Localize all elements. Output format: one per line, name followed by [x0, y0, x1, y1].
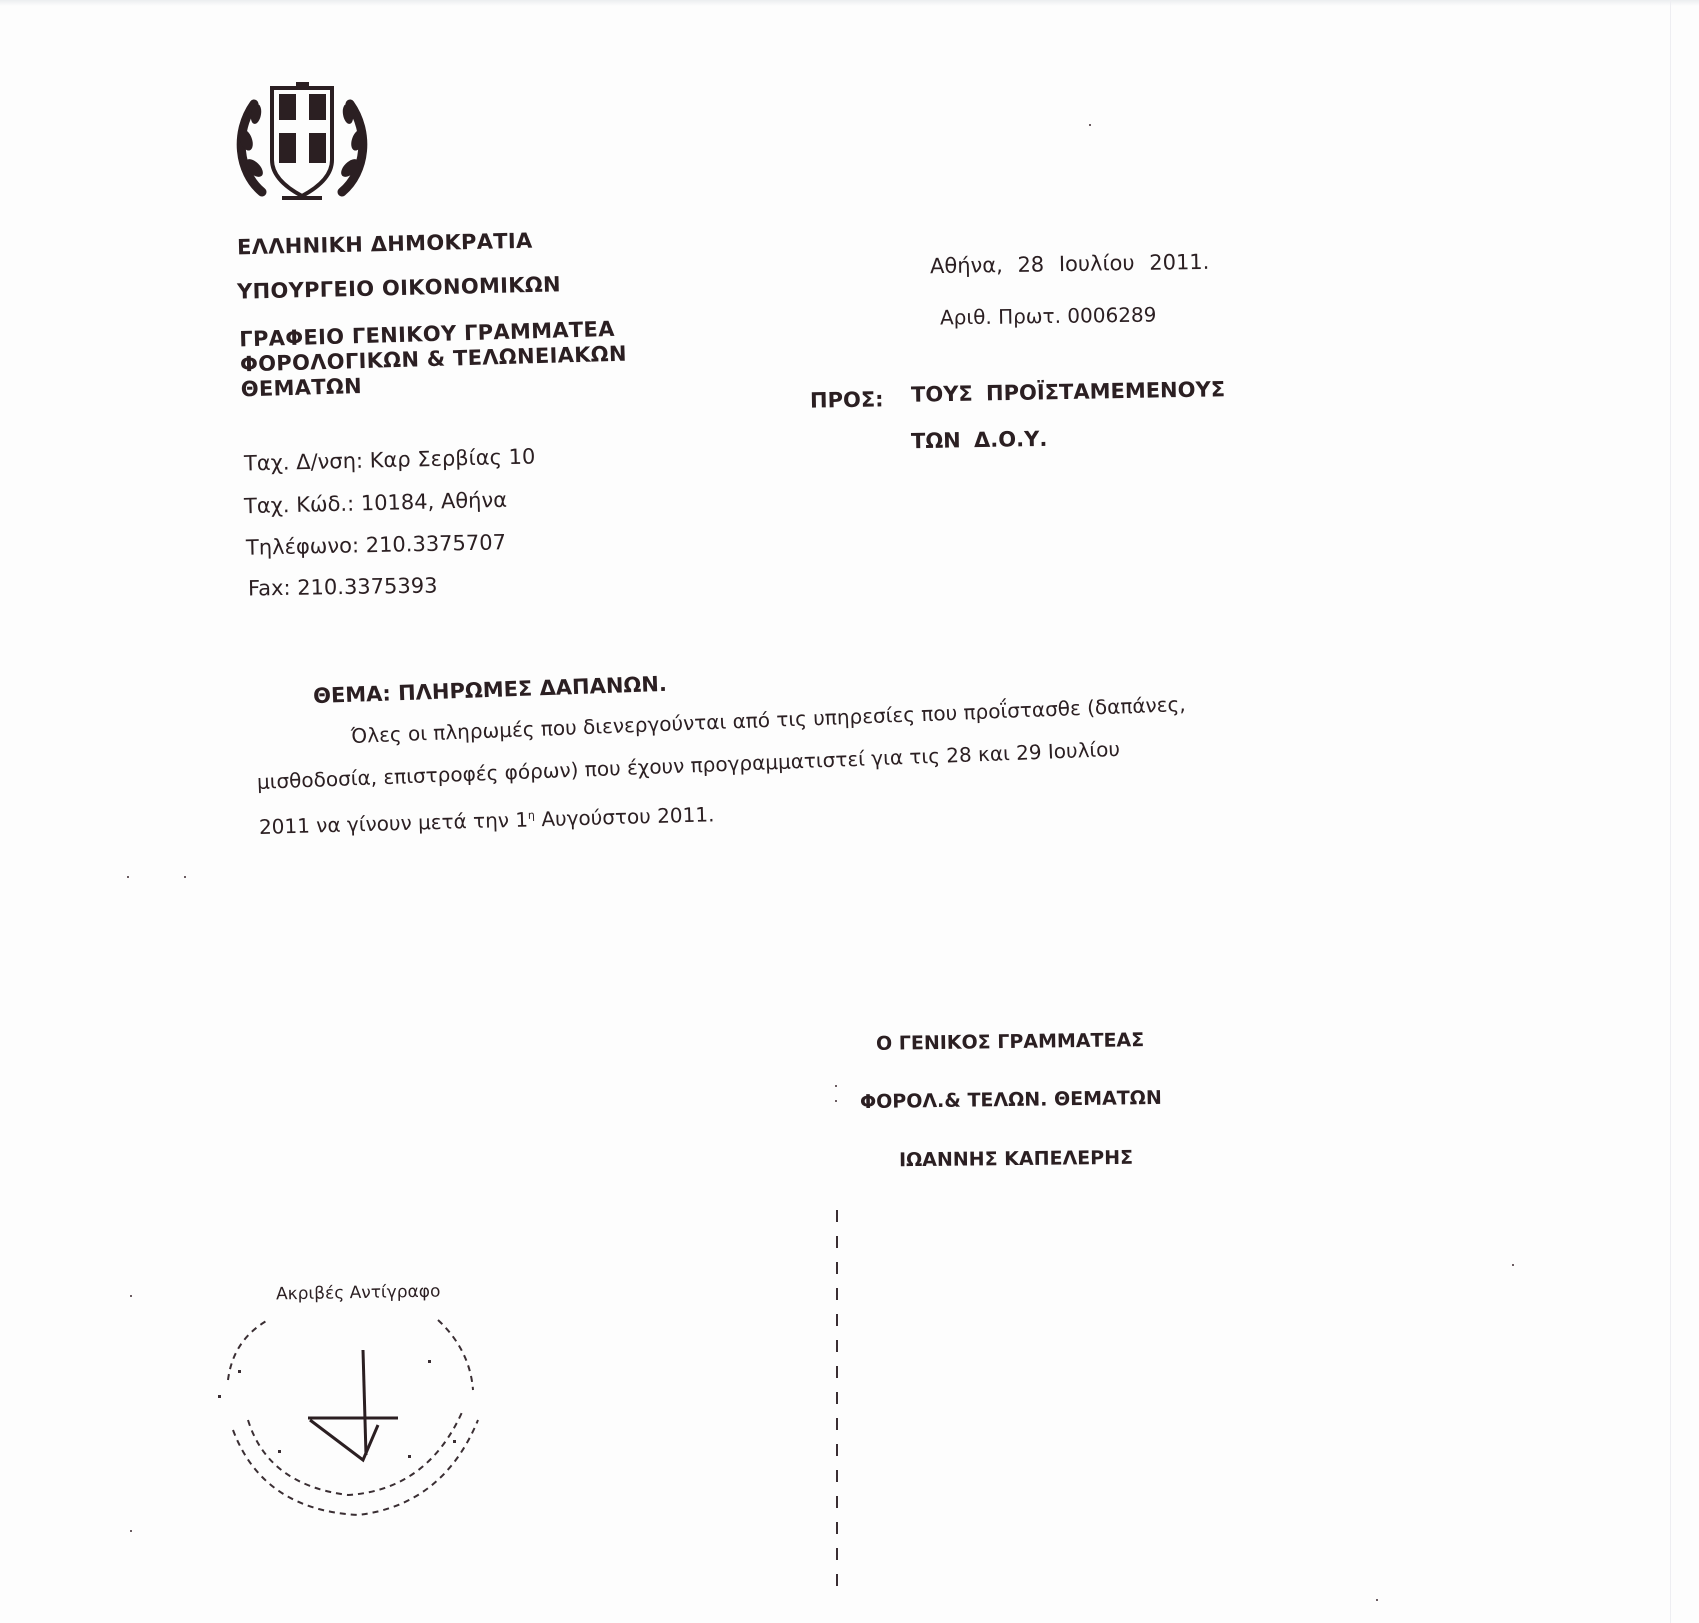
- scan-right-edge: [1670, 0, 1671, 1623]
- scan-speck: [184, 876, 186, 878]
- greek-coat-of-arms-icon: [232, 80, 372, 210]
- protocol-number: Αριθ. Πρωτ. 0006289: [940, 302, 1157, 329]
- signatory-department: ΦΟΡΟΛ.& ΤΕΛΩΝ. ΘΕΜΑΤΩΝ: [860, 1087, 1162, 1113]
- scan-speck: [1512, 1264, 1514, 1266]
- scan-speck: [835, 1100, 837, 1102]
- official-seal-stamp-icon: [208, 1300, 498, 1520]
- recipient-line-1: ΤΟΥΣ ΠΡΟΪΣΤΑΜΕΜΕΝΟΥΣ: [911, 377, 1225, 406]
- republic-heading: ΕΛΛΗΝΙΚΗ ΔΗΜΟΚΡΑΤΙΑ: [237, 229, 533, 260]
- ministry-heading: ΥΠΟΥΡΓΕΙΟ ΟΙΚΟΝΟΜΙΚΩΝ: [237, 272, 561, 303]
- address-street: Ταχ. Δ/νση: Καρ Σερβίας 10: [244, 444, 536, 475]
- address-phone: Τηλέφωνο: 210.3375707: [246, 530, 506, 559]
- scan-speck: [127, 876, 129, 878]
- body-line-3-start: 2011 να γίνουν μετά την 1: [259, 807, 529, 839]
- body-line-3: 2011 να γίνουν μετά την 1η Αυγούστου 201…: [259, 802, 715, 839]
- body-line-3-end: Αυγούστου 2011.: [535, 802, 715, 831]
- address-fax: Fax: 210.3375393: [248, 574, 438, 601]
- signatory-name: ΙΩΑΝΝΗΣ ΚΑΠΕΛΕΡΗΣ: [899, 1147, 1133, 1171]
- fold-line: [836, 1210, 838, 1590]
- scan-speck: [1089, 124, 1091, 126]
- address-postal: Ταχ. Κώδ.: 10184, Αθήνα: [244, 488, 508, 518]
- scan-speck: [130, 1295, 132, 1297]
- recipient-label: ΠΡΟΣ:: [810, 387, 884, 412]
- document-date: Αθήνα, 28 Ιουλίου 2011.: [930, 250, 1210, 278]
- scan-top-edge: [0, 0, 1699, 6]
- scan-speck: [1376, 1599, 1378, 1601]
- office-heading: ΓΡΑΦΕΙΟ ΓΕΝΙΚΟΥ ΓΡΑΜΜΑΤΕΑ ΦΟΡΟΛΟΓΙΚΩΝ & …: [239, 317, 628, 403]
- recipient-line-2: ΤΩΝ Δ.Ο.Υ.: [911, 427, 1048, 453]
- signatory-title: Ο ΓΕΝΙΚΟΣ ΓΡΑΜΜΑΤΕΑΣ: [876, 1029, 1144, 1055]
- scan-speck: [835, 1085, 837, 1087]
- subject-line: ΘΕΜΑ: ΠΛΗΡΩΜΕΣ ΔΑΠΑΝΩΝ.: [313, 672, 668, 708]
- scan-speck: [130, 1530, 132, 1532]
